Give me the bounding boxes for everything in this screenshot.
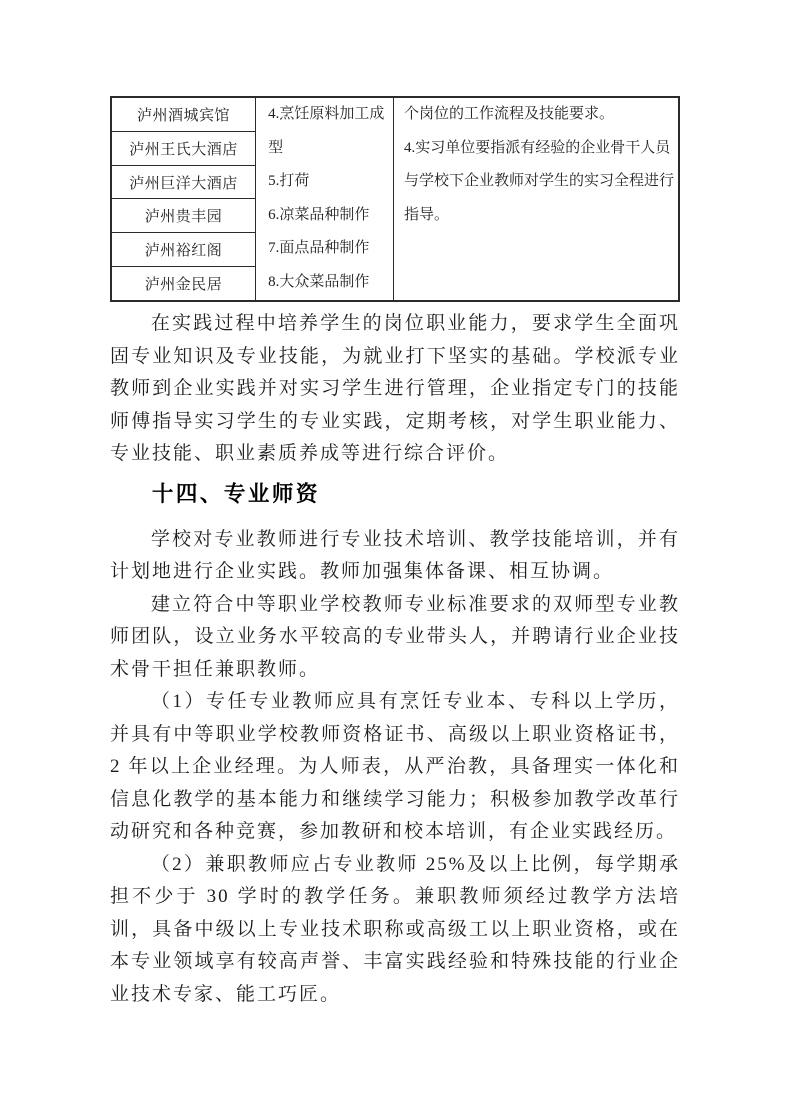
document-body: 在实践过程中培养学生的岗位职业能力，要求学生全面巩固专业知识及专业技能，为就业打…	[110, 302, 680, 1011]
paragraph-practice-evaluation: 在实践过程中培养学生的岗位职业能力，要求学生全面巩固专业知识及专业技能，为就业打…	[110, 308, 680, 471]
hotel-row: 泸州王氏大酒店	[112, 132, 255, 166]
requirement-line: 指导。	[404, 199, 674, 233]
task-line: 型	[268, 132, 393, 166]
table-col-hotels: 泸州酒城宾馆 泸州王氏大酒店 泸州巨洋大酒店 泸州贵丰园 泸州裕红阁 泸州金民居	[112, 98, 256, 300]
task-line: 6.凉菜品种制作	[268, 199, 393, 233]
hotel-row: 泸州贵丰园	[112, 199, 255, 233]
hotel-row: 泸州巨洋大酒店	[112, 166, 255, 200]
hotel-row: 泸州裕红阁	[112, 233, 255, 267]
table-col-requirements: 个岗位的工作流程及技能要求。 4.实习单位要指派有经验的企业骨干人员 与学校下企…	[394, 98, 678, 300]
task-line: 4.烹饪原料加工成	[268, 98, 393, 132]
hotel-row: 泸州酒城宾馆	[112, 98, 255, 132]
paragraph-teacher-training: 学校对专业教师进行专业技术培训、教学技能培训，并有计划地进行企业实践。教师加强集…	[110, 524, 680, 589]
section-heading-faculty: 十四、专业师资	[110, 478, 680, 511]
paragraph-parttime-teachers: （2）兼职教师应占专业教师 25%及以上比例，每学期承担不少于 30 学时的教学…	[110, 849, 680, 1012]
requirement-line: 与学校下企业教师对学生的实习全程进行	[404, 165, 674, 199]
task-line: 8.大众菜品制作	[268, 266, 393, 300]
paragraph-fulltime-teachers: （1）专任专业教师应具有烹饪专业本、专科以上学历，并具有中等职业学校教师资格证书…	[110, 686, 680, 849]
task-line: 5.打荷	[268, 165, 393, 199]
requirement-line: 4.实习单位要指派有经验的企业骨干人员	[404, 132, 674, 166]
table-col-tasks: 4.烹饪原料加工成 型 5.打荷 6.凉菜品种制作 7.面点品种制作 8.大众菜…	[256, 98, 394, 300]
requirement-line: 个岗位的工作流程及技能要求。	[404, 98, 674, 132]
task-line: 7.面点品种制作	[268, 232, 393, 266]
internship-table: 泸州酒城宾馆 泸州王氏大酒店 泸州巨洋大酒店 泸州贵丰园 泸州裕红阁 泸州金民居…	[110, 96, 680, 302]
paragraph-teacher-team: 建立符合中等职业学校教师专业标准要求的双师型专业教师团队，设立业务水平较高的专业…	[110, 589, 680, 687]
hotel-row: 泸州金民居	[112, 267, 255, 300]
